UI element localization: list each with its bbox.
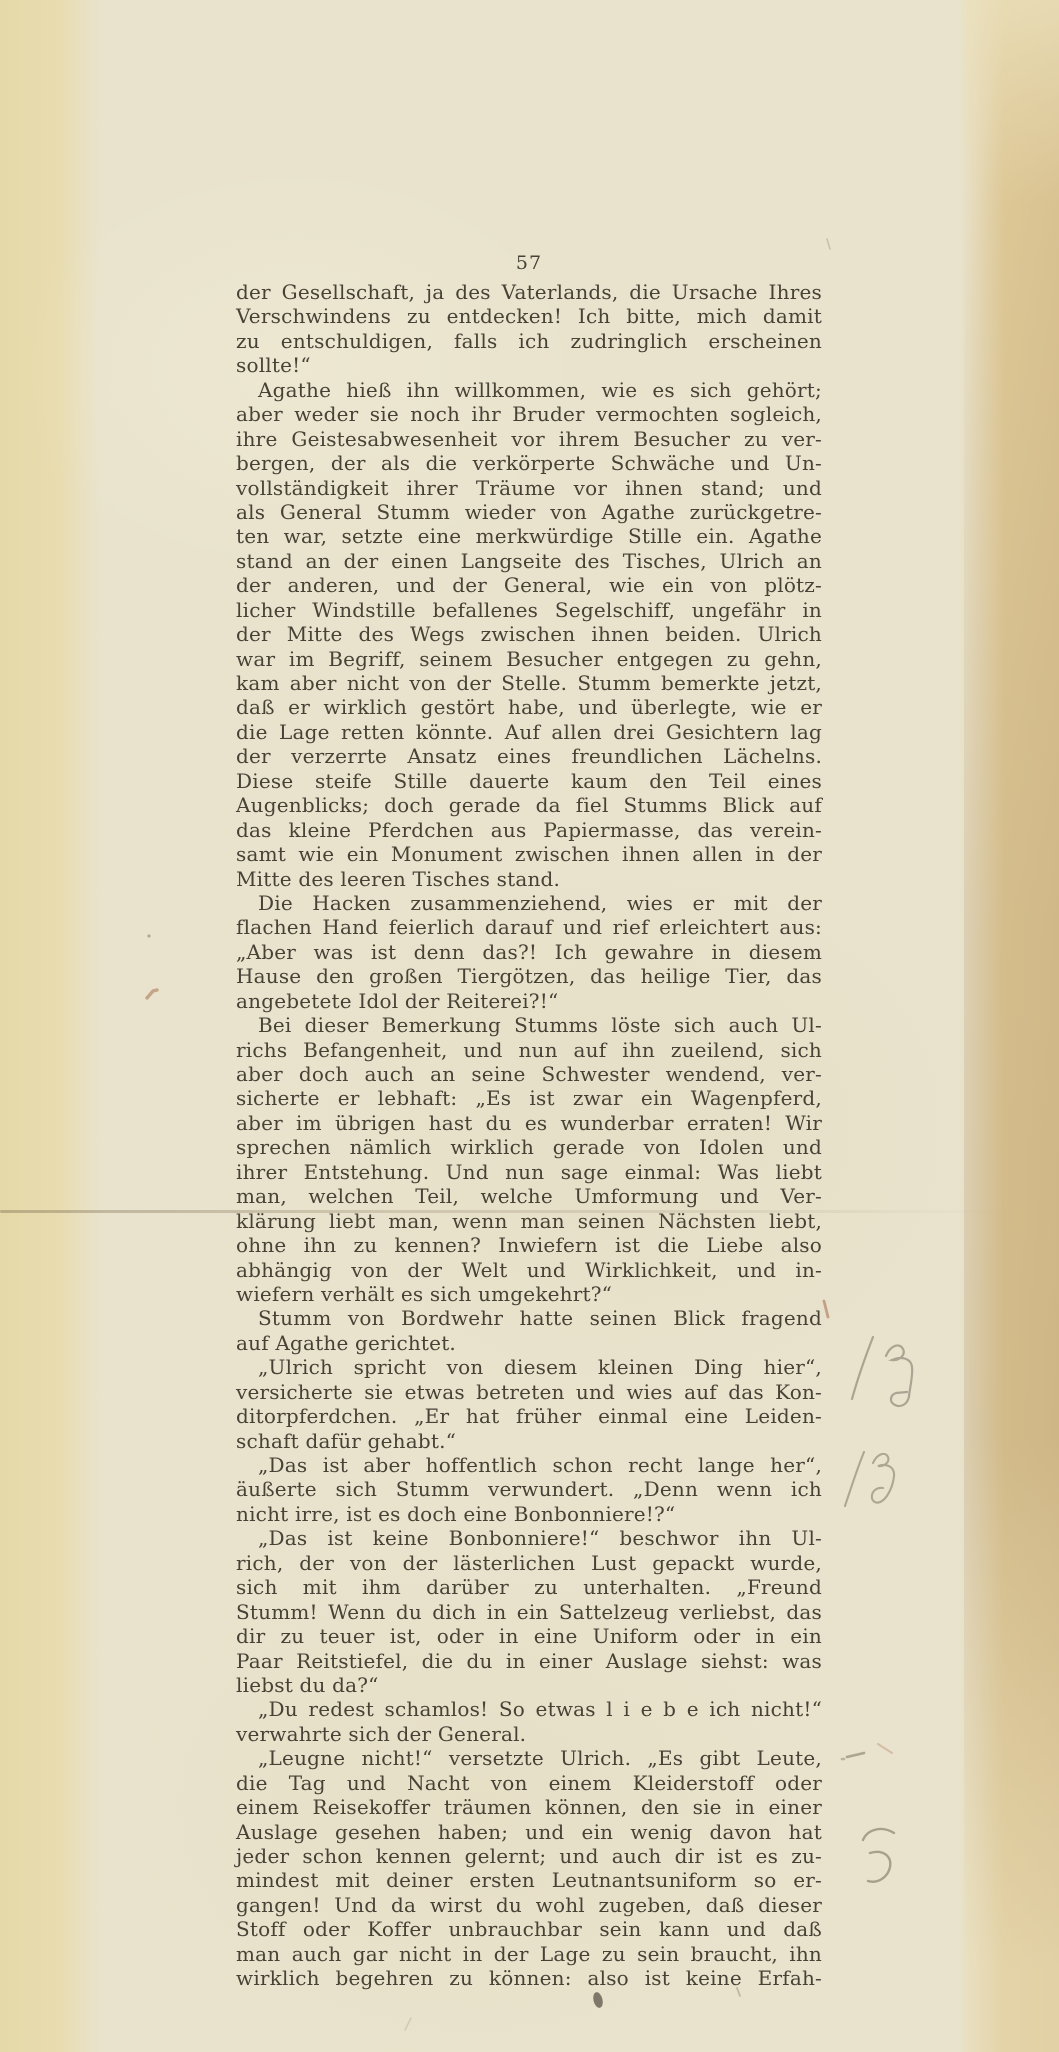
text-line: richs Befangenheit, und nun auf ihn zuei… [236,1038,822,1062]
text-line: ihre Geistesabwesenheit vor ihrem Besuch… [236,427,822,451]
text-line: ten war, setzte eine merkwürdige Stille … [236,524,822,548]
text-line: Auslage gesehen haben; und ein wenig dav… [236,1820,822,1844]
text-line: der Gesellschaft, ja des Vaterlands, die… [236,280,822,304]
text-line: Mitte des leeren Tisches stand. [236,867,822,891]
text-line: Diese steife Stille dauerte kaum den Tei… [236,769,822,793]
text-line: verwahrte sich der General. [236,1722,822,1746]
text-line: angebetete Idol der Reiterei?!“ [236,989,822,1013]
text-line: wirklich begehren zu können: also ist ke… [236,1966,822,1990]
text-line: gangen! Und da wirst du wohl zugeben, da… [236,1893,822,1917]
text-line: samt wie ein Monument zwischen ihnen all… [236,842,822,866]
text-line: klärung liebt man, wenn man seinen Nächs… [236,1209,822,1233]
text-line: „Leugne nicht!“ versetzte Ulrich. „Es gi… [236,1746,822,1770]
text-line: Hause den großen Tiergötzen, das heilige… [236,964,822,988]
text-line: stand an der einen Langseite des Tisches… [236,549,822,573]
text-line: der verzerrte Ansatz eines freundlichen … [236,744,822,768]
text-line: der Mitte des Wegs zwischen ihnen beiden… [236,622,822,646]
text-line: vollständigkeit ihrer Träume vor ihnen s… [236,476,822,500]
text-line: man auch gar nicht in der Lage zu sein b… [236,1942,822,1966]
text-line: die Tag und Nacht von einem Kleiderstoff… [236,1771,822,1795]
text-line: flachen Hand feierlich darauf und rief e… [236,915,822,939]
text-line: „Das ist aber hoffentlich schon recht la… [236,1453,822,1477]
text-line: rich, der von der lästerlichen Lust gepa… [236,1551,822,1575]
text-line: das kleine Pferdchen aus Papiermasse, da… [236,818,822,842]
text-line: nicht irre, ist es doch eine Bonbonniere… [236,1502,822,1526]
text-line: kam aber nicht von der Stelle. Stumm bem… [236,671,822,695]
text-line: „Das ist keine Bonbonniere!“ beschwor ih… [236,1526,822,1550]
page-number: 57 [236,252,822,274]
text-line: Agathe hieß ihn willkommen, wie es sich … [236,378,822,402]
text-line: dir zu teuer ist, oder in eine Uniform o… [236,1624,822,1648]
text-line: die Lage retten könnte. Auf allen drei G… [236,720,822,744]
text-line: sicherte er lebhaft: „Es ist zwar ein Wa… [236,1086,822,1110]
text-line: Stumm! Wenn du dich in ein Sattelzeug ve… [236,1600,822,1624]
text-line: ohne ihn zu kennen? Inwiefern ist die Li… [236,1233,822,1257]
text-line: ditorpferdchen. „Er hat früher einmal ei… [236,1404,822,1428]
text-line: als General Stumm wieder von Agathe zurü… [236,500,822,524]
text-line: Stumm von Bordwehr hatte seinen Blick fr… [236,1306,822,1330]
text-line: sollte!“ [236,353,822,377]
text-line: abhängig von der Welt und Wirklichkeit, … [236,1258,822,1282]
text-line: war im Begriff, seinem Besucher entgegen… [236,647,822,671]
text-line: sprechen nämlich wirklich gerade von Ido… [236,1135,822,1159]
text-line: sich mit ihm darüber zu unterhalten. „Fr… [236,1575,822,1599]
text-line: auf Agathe gerichtet. [236,1331,822,1355]
text-line: wiefern verhält es sich umgekehrt?“ [236,1282,822,1306]
text-line: „Ulrich spricht von diesem kleinen Ding … [236,1355,822,1379]
text-line: der anderen, und der General, wie ein vo… [236,573,822,597]
text-line: Augenblicks; doch gerade da fiel Stumms … [236,793,822,817]
text-line: jeder schon kennen gelernt; und auch dir… [236,1844,822,1868]
text-line: Die Hacken zusammenziehend, wies er mit … [236,891,822,915]
text-line: ihrer Entstehung. Und nun sage einmal: W… [236,1160,822,1184]
text-line: „Du redest schamlos! So etwas l i e b e … [236,1697,822,1721]
text-line: einem Reisekoffer träumen können, den si… [236,1795,822,1819]
text-line: licher Windstille befallenes Segelschiff… [236,598,822,622]
text-line: man, welchen Teil, welche Umformung und … [236,1184,822,1208]
text-line: bergen, der als die verkörperte Schwäche… [236,451,822,475]
text-line: aber im übrigen hast du es wunderbar err… [236,1111,822,1135]
text-line: schaft dafür gehabt.“ [236,1429,822,1453]
text-line: aber weder sie noch ihr Bruder vermochte… [236,402,822,426]
body-text: der Gesellschaft, ja des Vaterlands, die… [236,280,822,1991]
text-line: zu entschuldigen, falls ich zudringlich … [236,329,822,353]
text-line: versicherte sie etwas betreten und wies … [236,1380,822,1404]
text-line: daß er wirklich gestört habe, und überle… [236,695,822,719]
text-line: liebst du da?“ [236,1673,822,1697]
text-line: Stoff oder Koffer unbrauchbar sein kann … [236,1917,822,1941]
text-line: Paar Reitstiefel, die du in einer Auslag… [236,1649,822,1673]
text-line: Bei dieser Bemerkung Stumms löste sich a… [236,1013,822,1037]
text-line: Verschwindens zu entdecken! Ich bitte, m… [236,304,822,328]
text-line: „Aber was ist denn das?! Ich gewahre in … [236,940,822,964]
book-page: 57 der Gesellschaft, ja des Vaterlands, … [0,0,1059,2052]
text-line: mindest mit deiner ersten Leutnantsunifo… [236,1868,822,1892]
text-line: äußerte sich Stumm verwundert. „Denn wen… [236,1477,822,1501]
text-line: aber doch auch an seine Schwester wenden… [236,1062,822,1086]
